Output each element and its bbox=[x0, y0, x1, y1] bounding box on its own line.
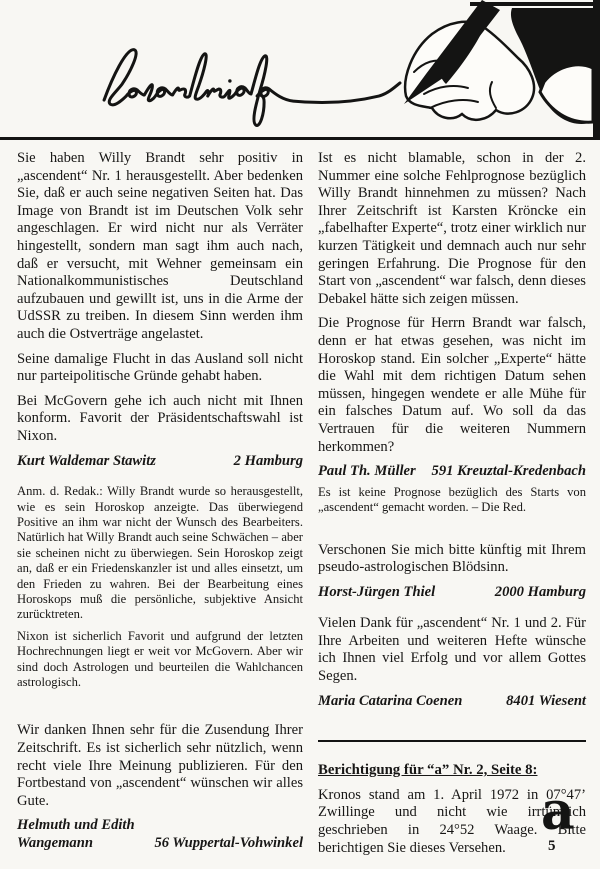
editor-note-left: Anm. d. Redak.: Willy Brandt wurde so he… bbox=[17, 484, 303, 690]
signature-place: 591 Kreuztal-Kredenbach bbox=[432, 463, 586, 481]
editor-note-paragraph: Anm. d. Redak.: Willy Brandt wurde so he… bbox=[17, 484, 303, 623]
letter1-paragraph: Bei McGovern gehe ich auch nicht mit Ihn… bbox=[17, 393, 303, 446]
signature-line2: Wangemann 56 Wuppertal-Vohwinkel bbox=[17, 835, 303, 853]
letter5-signature: Maria Catarina Coenen 8401 Wiesent bbox=[318, 693, 586, 711]
signature-name: Horst-Jürgen Thiel bbox=[318, 584, 435, 602]
page-number: 5 bbox=[548, 838, 556, 855]
signature-place: 56 Wuppertal-Vohwinkel bbox=[154, 835, 303, 853]
hand-with-pen-illustration bbox=[390, 0, 600, 140]
column-right: Ist es nicht blamable, schon in der 2. N… bbox=[318, 150, 586, 864]
script-title-leserbriefe: Leserbriefe bbox=[92, 36, 404, 140]
editor-note-paragraph: Es ist keine Prognose bezüglich des Star… bbox=[318, 485, 586, 516]
editor-note-right: Es ist keine Prognose bezüglich des Star… bbox=[318, 485, 586, 516]
correction-divider bbox=[318, 740, 586, 742]
section-gap bbox=[17, 696, 303, 722]
letter1-signature: Kurt Waldemar Stawitz 2 Hamburg bbox=[17, 453, 303, 471]
letter2-signature: Helmuth und Edith Wangemann 56 Wuppertal… bbox=[17, 817, 303, 852]
letter3-paragraph: Die Prognose für Herrn Brandt war falsch… bbox=[318, 315, 586, 456]
section-gap bbox=[318, 516, 586, 542]
letter1-paragraph: Sie haben Willy Brandt sehr positiv in „… bbox=[17, 150, 303, 344]
signature-place: 2 Hamburg bbox=[234, 453, 303, 471]
letter2-paragraph: Wir danken Ihnen sehr für die Zusendung … bbox=[17, 722, 303, 810]
column-left: Sie haben Willy Brandt sehr positiv in „… bbox=[17, 150, 303, 853]
signature-name: Maria Catarina Coenen bbox=[318, 693, 462, 711]
correction-heading: Berichtigung für “a” Nr. 2, Seite 8: bbox=[318, 762, 586, 780]
letter4-paragraph: Verschonen Sie mich bitte künftig mit Ih… bbox=[318, 542, 586, 577]
signature-name: Wangemann bbox=[17, 835, 93, 853]
letter1-paragraph: Seine damalige Flucht in das Ausland sol… bbox=[17, 351, 303, 386]
letter3-paragraph: Ist es nicht blamable, schon in der 2. N… bbox=[318, 150, 586, 308]
signature-place: 2000 Hamburg bbox=[495, 584, 586, 602]
letter3-signature: Paul Th. Müller 591 Kreuztal-Kredenbach bbox=[318, 463, 586, 481]
magazine-logo-a: a bbox=[541, 786, 573, 838]
editor-note-paragraph: Nixon ist sicherlich Favorit und aufgrun… bbox=[17, 629, 303, 691]
signature-place: 8401 Wiesent bbox=[506, 693, 586, 711]
letter4-signature: Horst-Jürgen Thiel 2000 Hamburg bbox=[318, 584, 586, 602]
magazine-page: Leserbriefe Sie haben Willy Brandt sehr … bbox=[0, 0, 600, 869]
signature-name: Paul Th. Müller bbox=[318, 463, 416, 481]
signature-name: Helmuth und Edith bbox=[17, 817, 303, 835]
letter5-paragraph: Vielen Dank für „ascendent“ Nr. 1 und 2.… bbox=[318, 615, 586, 685]
signature-name: Kurt Waldemar Stawitz bbox=[17, 453, 156, 471]
header-rule bbox=[0, 137, 600, 140]
